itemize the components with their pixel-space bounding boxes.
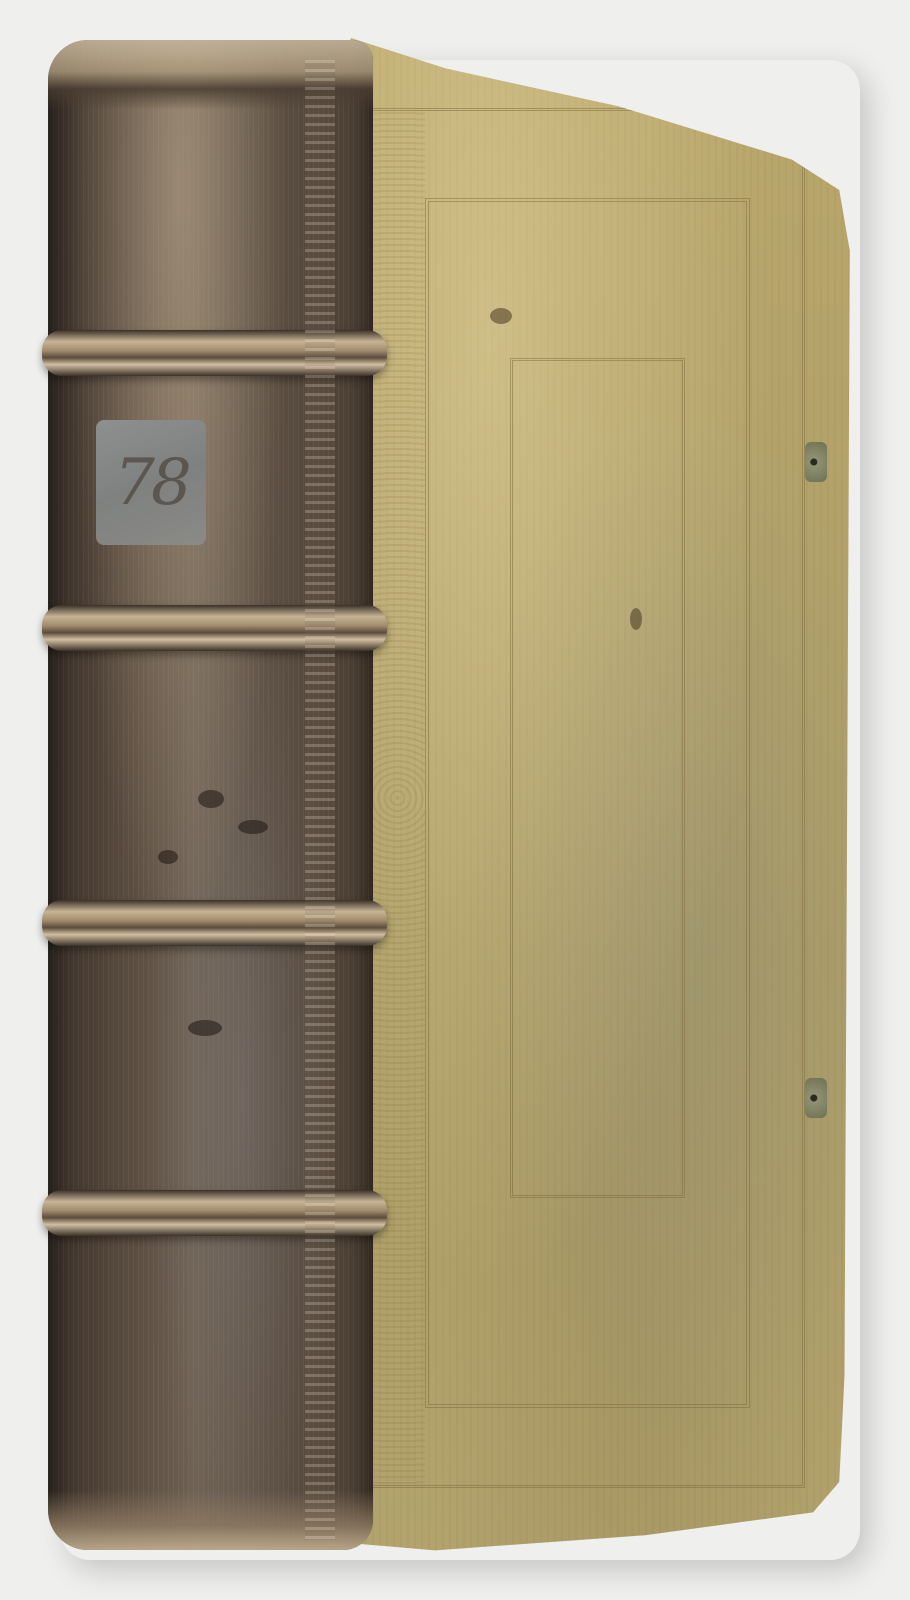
spine-spot (238, 820, 268, 834)
spine-spot (158, 850, 178, 864)
front-board (330, 38, 855, 1558)
spine-spot (198, 790, 224, 808)
spine-spot (188, 1020, 222, 1036)
stain-mark (490, 308, 512, 324)
stain-mark (630, 608, 642, 630)
raised-band-3 (42, 900, 387, 946)
inner-tooled-panel (510, 358, 685, 1198)
spine-label: 78 (96, 420, 206, 545)
raised-band-2 (42, 605, 387, 651)
clasp-catch-bottom (805, 1078, 827, 1118)
clasp-catch-top (805, 442, 827, 482)
raised-band-1 (42, 330, 387, 376)
cracked-hinge (305, 60, 335, 1540)
photo-scene: 78 (0, 0, 910, 1600)
raised-band-4 (42, 1190, 387, 1236)
